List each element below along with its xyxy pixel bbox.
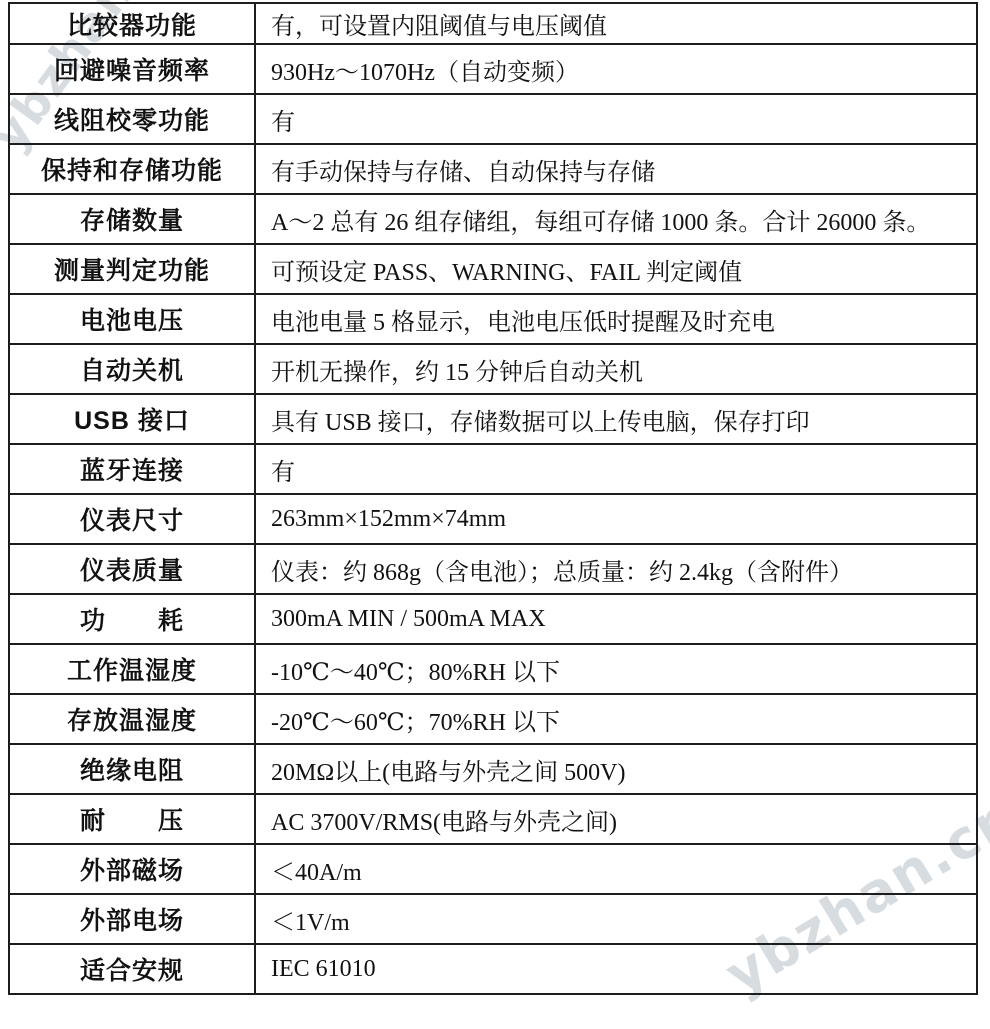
spec-value: 具有 USB 接口，存储数据可以上传电脑，保存打印 [255, 394, 977, 444]
spec-table-body: 比较器功能 有，可设置内阻阈值与电压阈值 回避噪音频率 930Hz～1070Hz… [9, 3, 977, 994]
spec-value: AC 3700V/RMS(电路与外壳之间) [255, 794, 977, 844]
spec-label: 仪表尺寸 [9, 494, 255, 544]
spec-label: 线阻校零功能 [9, 94, 255, 144]
spec-label: 比较器功能 [9, 3, 255, 44]
spec-value: 仪表：约 868g（含电池）；总质量：约 2.4kg（含附件） [255, 544, 977, 594]
spec-label: USB 接口 [9, 394, 255, 444]
table-row: 电池电压 电池电量 5 格显示，电池电压低时提醒及时充电 [9, 294, 977, 344]
spec-label: 适合安规 [9, 944, 255, 994]
table-row: 保持和存储功能 有手动保持与存储、自动保持与存储 [9, 144, 977, 194]
table-row: 比较器功能 有，可设置内阻阈值与电压阈值 [9, 3, 977, 44]
spec-value: 有 [255, 94, 977, 144]
spec-table: 比较器功能 有，可设置内阻阈值与电压阈值 回避噪音频率 930Hz～1070Hz… [8, 2, 978, 995]
spec-label: 自动关机 [9, 344, 255, 394]
spec-label: 工作温湿度 [9, 644, 255, 694]
spec-value: A～2 总有 26 组存储组，每组可存储 1000 条。合计 26000 条。 [255, 194, 977, 244]
spec-label: 存储数量 [9, 194, 255, 244]
table-row: 存储数量 A～2 总有 26 组存储组，每组可存储 1000 条。合计 2600… [9, 194, 977, 244]
spec-value: IEC 61010 [255, 944, 977, 994]
spec-label: 测量判定功能 [9, 244, 255, 294]
table-row: 工作温湿度 -10℃～40℃；80%RH 以下 [9, 644, 977, 694]
spec-label: 电池电压 [9, 294, 255, 344]
table-row: 存放温湿度 -20℃～60℃；70%RH 以下 [9, 694, 977, 744]
spec-value: 930Hz～1070Hz（自动变频） [255, 44, 977, 94]
table-row: 测量判定功能 可预设定 PASS、WARNING、FAIL 判定阈值 [9, 244, 977, 294]
table-row: 外部电场 ＜1V/m [9, 894, 977, 944]
table-row: 仪表质量 仪表：约 868g（含电池）；总质量：约 2.4kg（含附件） [9, 544, 977, 594]
table-row: 外部磁场 ＜40A/m [9, 844, 977, 894]
spec-label: 外部磁场 [9, 844, 255, 894]
spec-value: 可预设定 PASS、WARNING、FAIL 判定阈值 [255, 244, 977, 294]
table-row: 适合安规 IEC 61010 [9, 944, 977, 994]
spec-value: ＜40A/m [255, 844, 977, 894]
spec-label: 保持和存储功能 [9, 144, 255, 194]
spec-value: 电池电量 5 格显示，电池电压低时提醒及时充电 [255, 294, 977, 344]
table-row: 仪表尺寸 263mm×152mm×74mm [9, 494, 977, 544]
spec-label: 回避噪音频率 [9, 44, 255, 94]
table-row: 耐 压 AC 3700V/RMS(电路与外壳之间) [9, 794, 977, 844]
table-row: USB 接口 具有 USB 接口，存储数据可以上传电脑，保存打印 [9, 394, 977, 444]
spec-value: -10℃～40℃；80%RH 以下 [255, 644, 977, 694]
spec-label: 功 耗 [9, 594, 255, 644]
spec-value: 263mm×152mm×74mm [255, 494, 977, 544]
spec-label: 仪表质量 [9, 544, 255, 594]
spec-label: 绝缘电阻 [9, 744, 255, 794]
spec-value: -20℃～60℃；70%RH 以下 [255, 694, 977, 744]
spec-value: 20MΩ以上(电路与外壳之间 500V) [255, 744, 977, 794]
spec-value: 有 [255, 444, 977, 494]
spec-label: 蓝牙连接 [9, 444, 255, 494]
table-row: 回避噪音频率 930Hz～1070Hz（自动变频） [9, 44, 977, 94]
spec-value: 有手动保持与存储、自动保持与存储 [255, 144, 977, 194]
table-row: 功 耗 300mA MIN / 500mA MAX [9, 594, 977, 644]
table-row: 自动关机 开机无操作，约 15 分钟后自动关机 [9, 344, 977, 394]
spec-value: 开机无操作，约 15 分钟后自动关机 [255, 344, 977, 394]
table-row: 绝缘电阻 20MΩ以上(电路与外壳之间 500V) [9, 744, 977, 794]
spec-label: 耐 压 [9, 794, 255, 844]
spec-value: 有，可设置内阻阈值与电压阈值 [255, 3, 977, 44]
spec-value: ＜1V/m [255, 894, 977, 944]
spec-label: 存放温湿度 [9, 694, 255, 744]
spec-value: 300mA MIN / 500mA MAX [255, 594, 977, 644]
spec-label: 外部电场 [9, 894, 255, 944]
table-row: 蓝牙连接 有 [9, 444, 977, 494]
table-row: 线阻校零功能 有 [9, 94, 977, 144]
